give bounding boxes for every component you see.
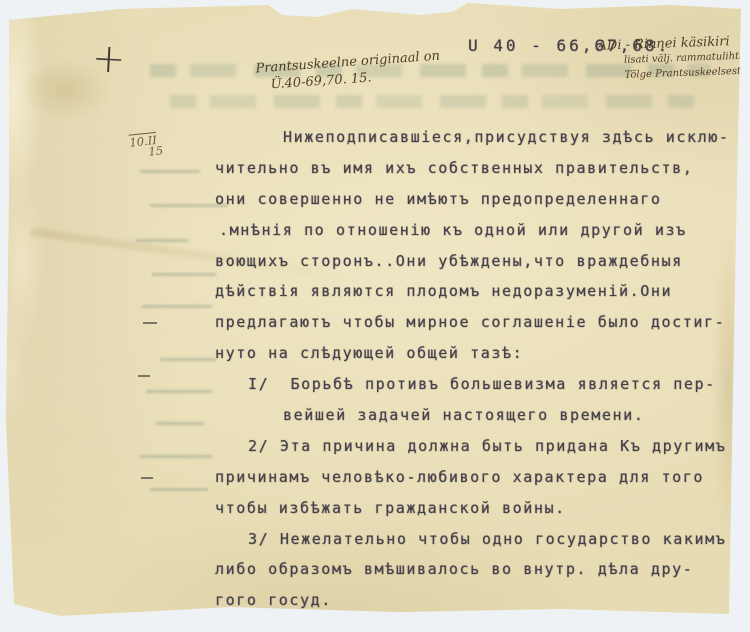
- typed-line: 2/ Эта причина должна быть придана Къ др…: [215, 431, 745, 462]
- typed-line: чтобы избѣжать гражданской войны.: [215, 493, 745, 524]
- typed-line: чительно въ имя ихъ собственных правител…: [215, 153, 745, 184]
- typed-line: 3/ Нежелательно чтобы одно государство к…: [215, 524, 745, 555]
- stray-dash-mark: [138, 375, 150, 377]
- typed-line: вейшей задачей настоящего времени.: [215, 400, 745, 431]
- typed-line: они совершенно не имѣютъ предопределенна…: [215, 184, 745, 215]
- ink-transfer-ghost-fragment: [150, 488, 208, 491]
- ink-transfer-ghost-fragment: [152, 273, 216, 276]
- ink-transfer-ghost-fragment: [142, 305, 212, 308]
- stray-dash-mark: [143, 322, 157, 324]
- stray-dash-mark: [141, 477, 153, 479]
- typed-line: І/ Борьбѣ противъ большевизма является п…: [215, 369, 745, 400]
- typed-body-text: Нижеподписавшіеся,присудствуя здѣсь искл…: [215, 122, 745, 616]
- ink-transfer-ghost-fragment: [136, 239, 188, 242]
- typed-line: причинамъ человѣко-любивого характера дл…: [215, 462, 745, 493]
- ink-transfer-ghost-fragment: [146, 390, 212, 393]
- ink-transfer-ghost-fragment: [156, 422, 204, 425]
- paper-sheet: + U 40 - 66,67,68. Prantsuskeelne origin…: [0, 0, 750, 632]
- scanned-document-page: + U 40 - 66,67,68. Prantsuskeelne origin…: [0, 0, 750, 632]
- handwritten-note-right: ADi - Rinnei käsikiri lisati välj. ramma…: [597, 33, 750, 84]
- ink-transfer-ghost-line: [170, 95, 700, 108]
- typed-line: предлагаютъ чтобы мирное соглашеніе было…: [215, 307, 745, 338]
- typed-line: .мнѣнія по отношенію къ одной или другой…: [215, 215, 745, 246]
- pencil-date-note: 10.ІІ 15: [129, 134, 164, 159]
- ink-transfer-ghost-fragment: [140, 455, 212, 458]
- handwritten-note-original-location: Prantsuskeelne originaal on Ü.40-69,70. …: [255, 48, 442, 95]
- pencil-cross-mark: +: [91, 35, 127, 83]
- typed-line: либо образомъ вмѣшивалось во внутр. дѣла…: [215, 554, 745, 585]
- typed-line: Нижеподписавшіеся,присудствуя здѣсь искл…: [215, 122, 745, 153]
- ink-transfer-ghost-fragment: [140, 170, 200, 173]
- typed-line: нуто на слѣдующей общей тазѣ:: [215, 338, 745, 369]
- typed-line: гого госуд.: [215, 585, 745, 616]
- typed-line: воющихъ сторонъ..Они убѣждены,что вражде…: [215, 246, 745, 277]
- typed-line: дѣйствія являются плодомъ недоразуменій.…: [215, 276, 745, 307]
- ink-transfer-ghost-fragment: [160, 358, 216, 361]
